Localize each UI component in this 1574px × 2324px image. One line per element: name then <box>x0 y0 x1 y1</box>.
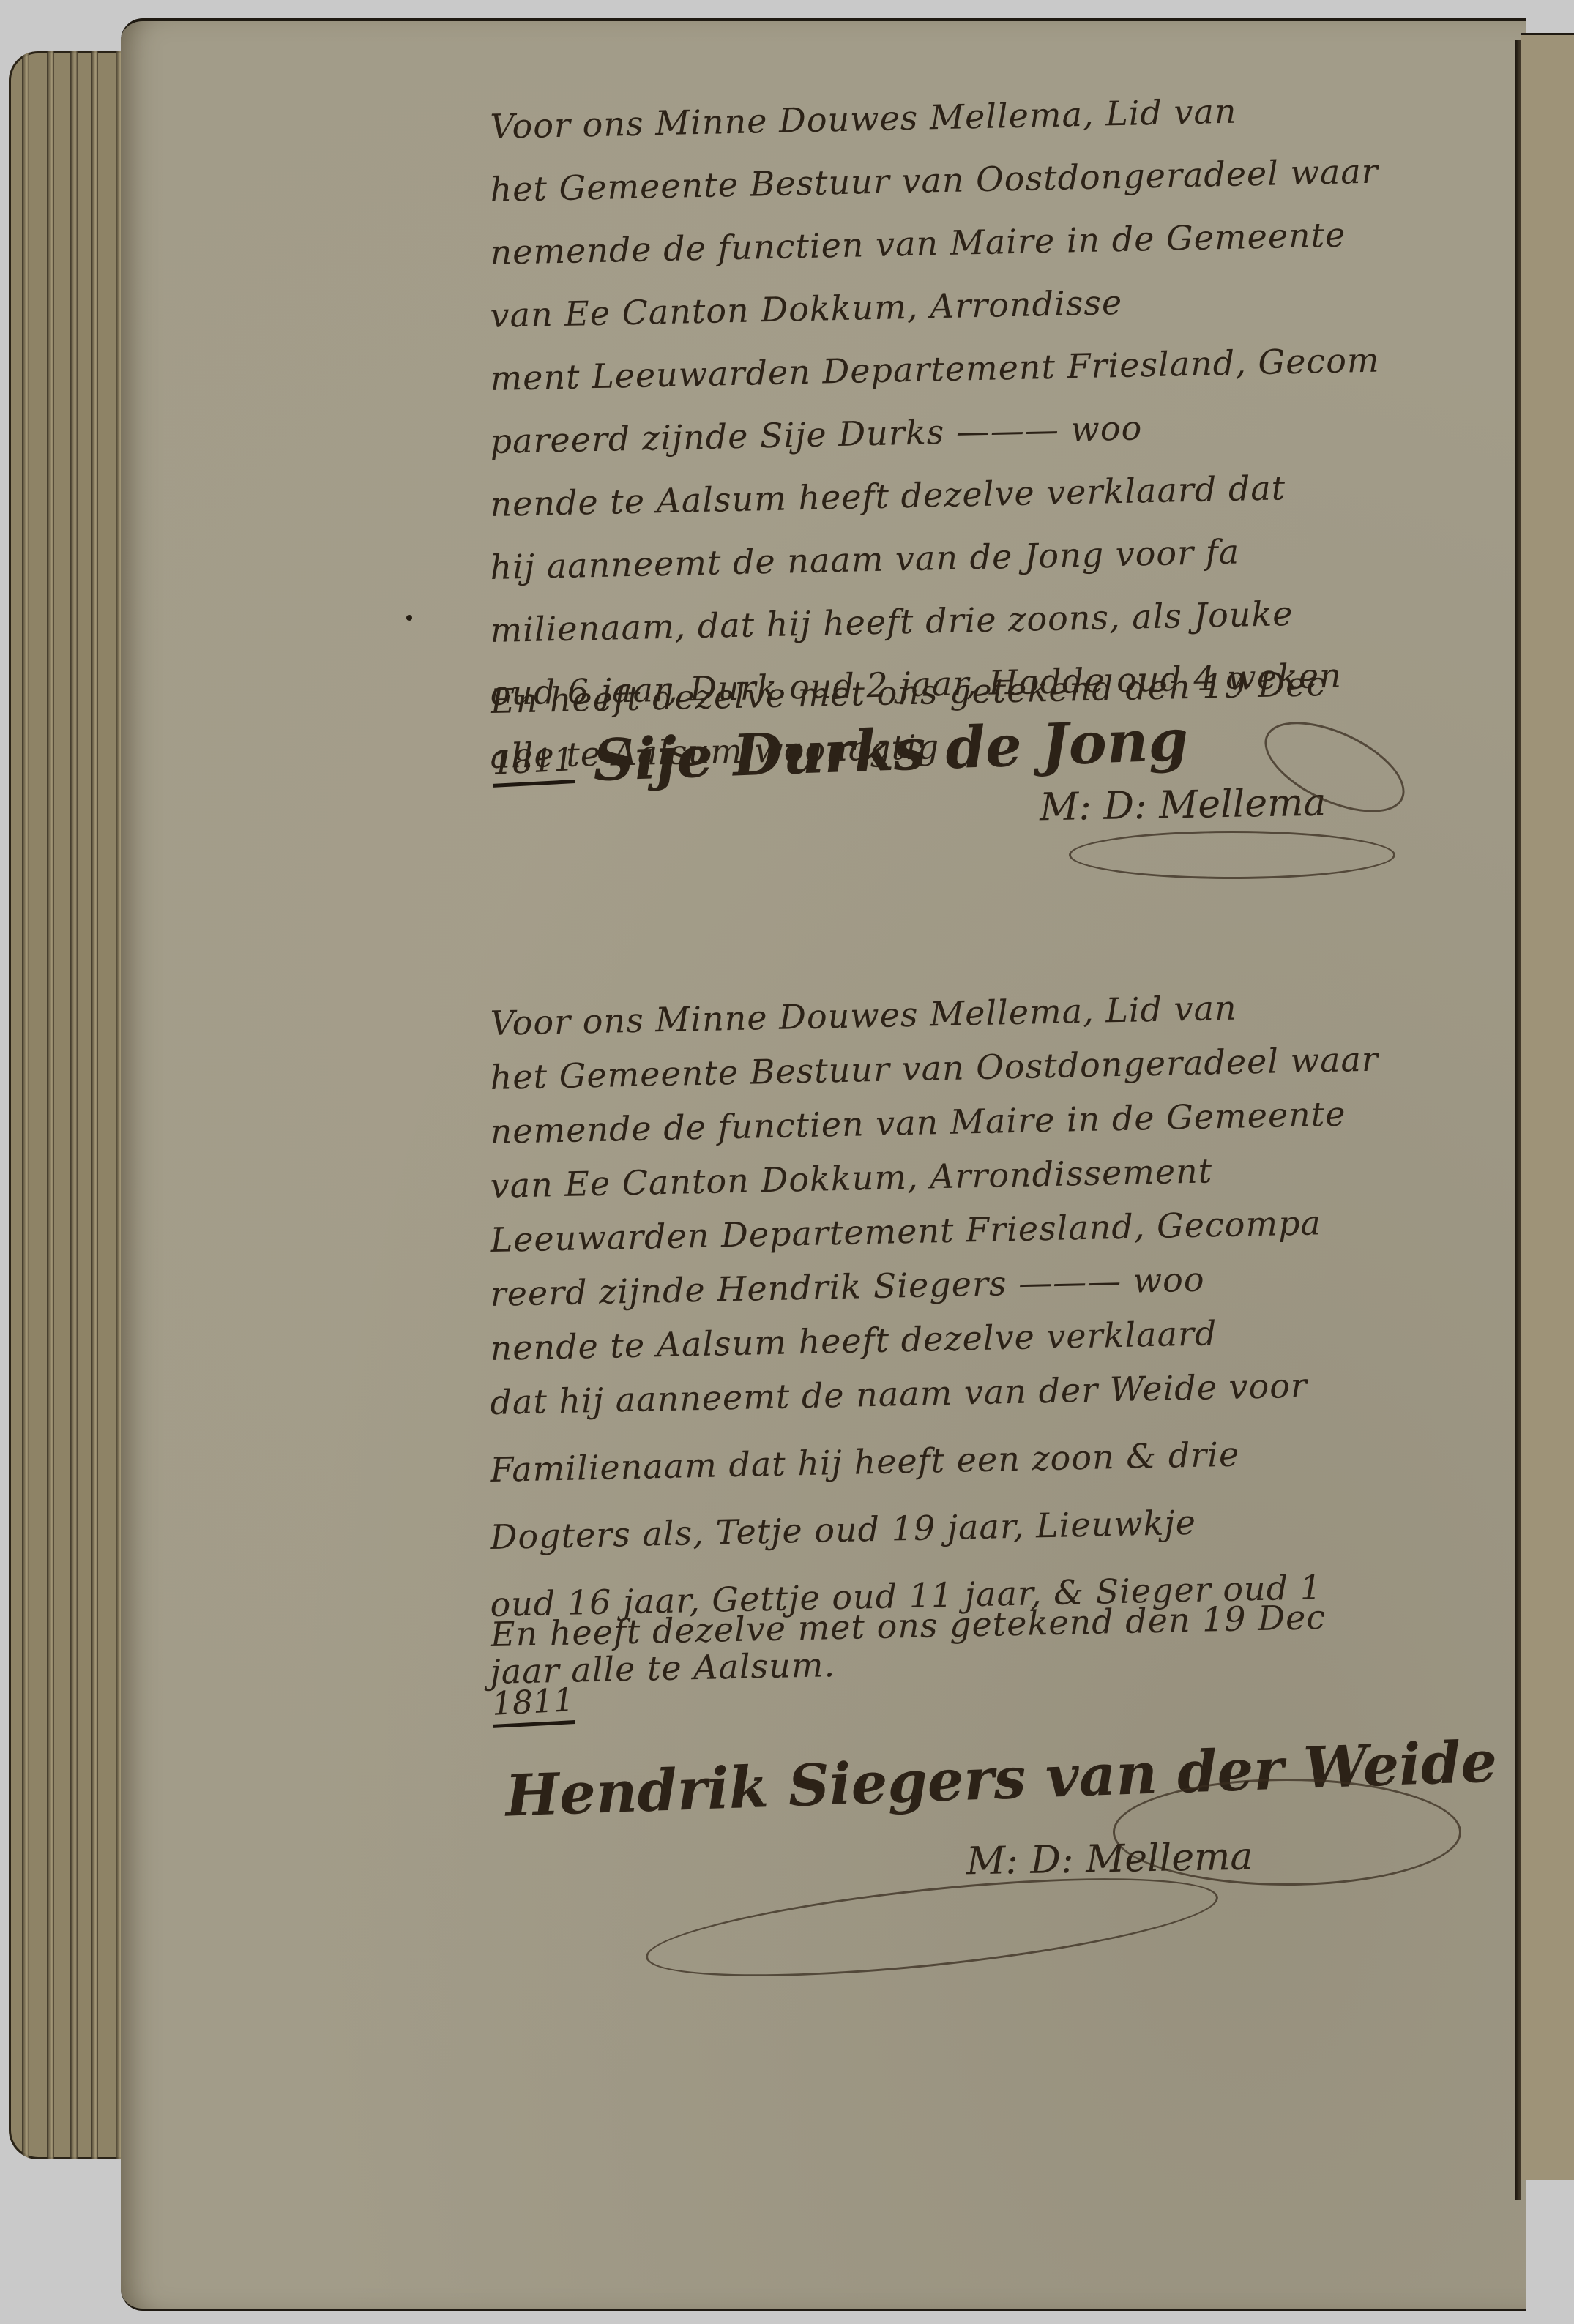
entry-2-year: 1811 <box>491 1681 575 1723</box>
entry-1-year: 1811 <box>491 741 575 782</box>
entry-2-closing: En heeft dezelve met ons getekend den 19… <box>491 1618 1501 1651</box>
signature-flourish <box>1113 1779 1461 1886</box>
signature-flourish <box>1069 831 1395 879</box>
signature-official-1: M: D: Mellema <box>1040 781 1327 830</box>
facing-page-edge <box>1521 33 1574 2180</box>
book-gutter <box>1515 40 1521 2200</box>
ink-dot <box>406 615 412 621</box>
